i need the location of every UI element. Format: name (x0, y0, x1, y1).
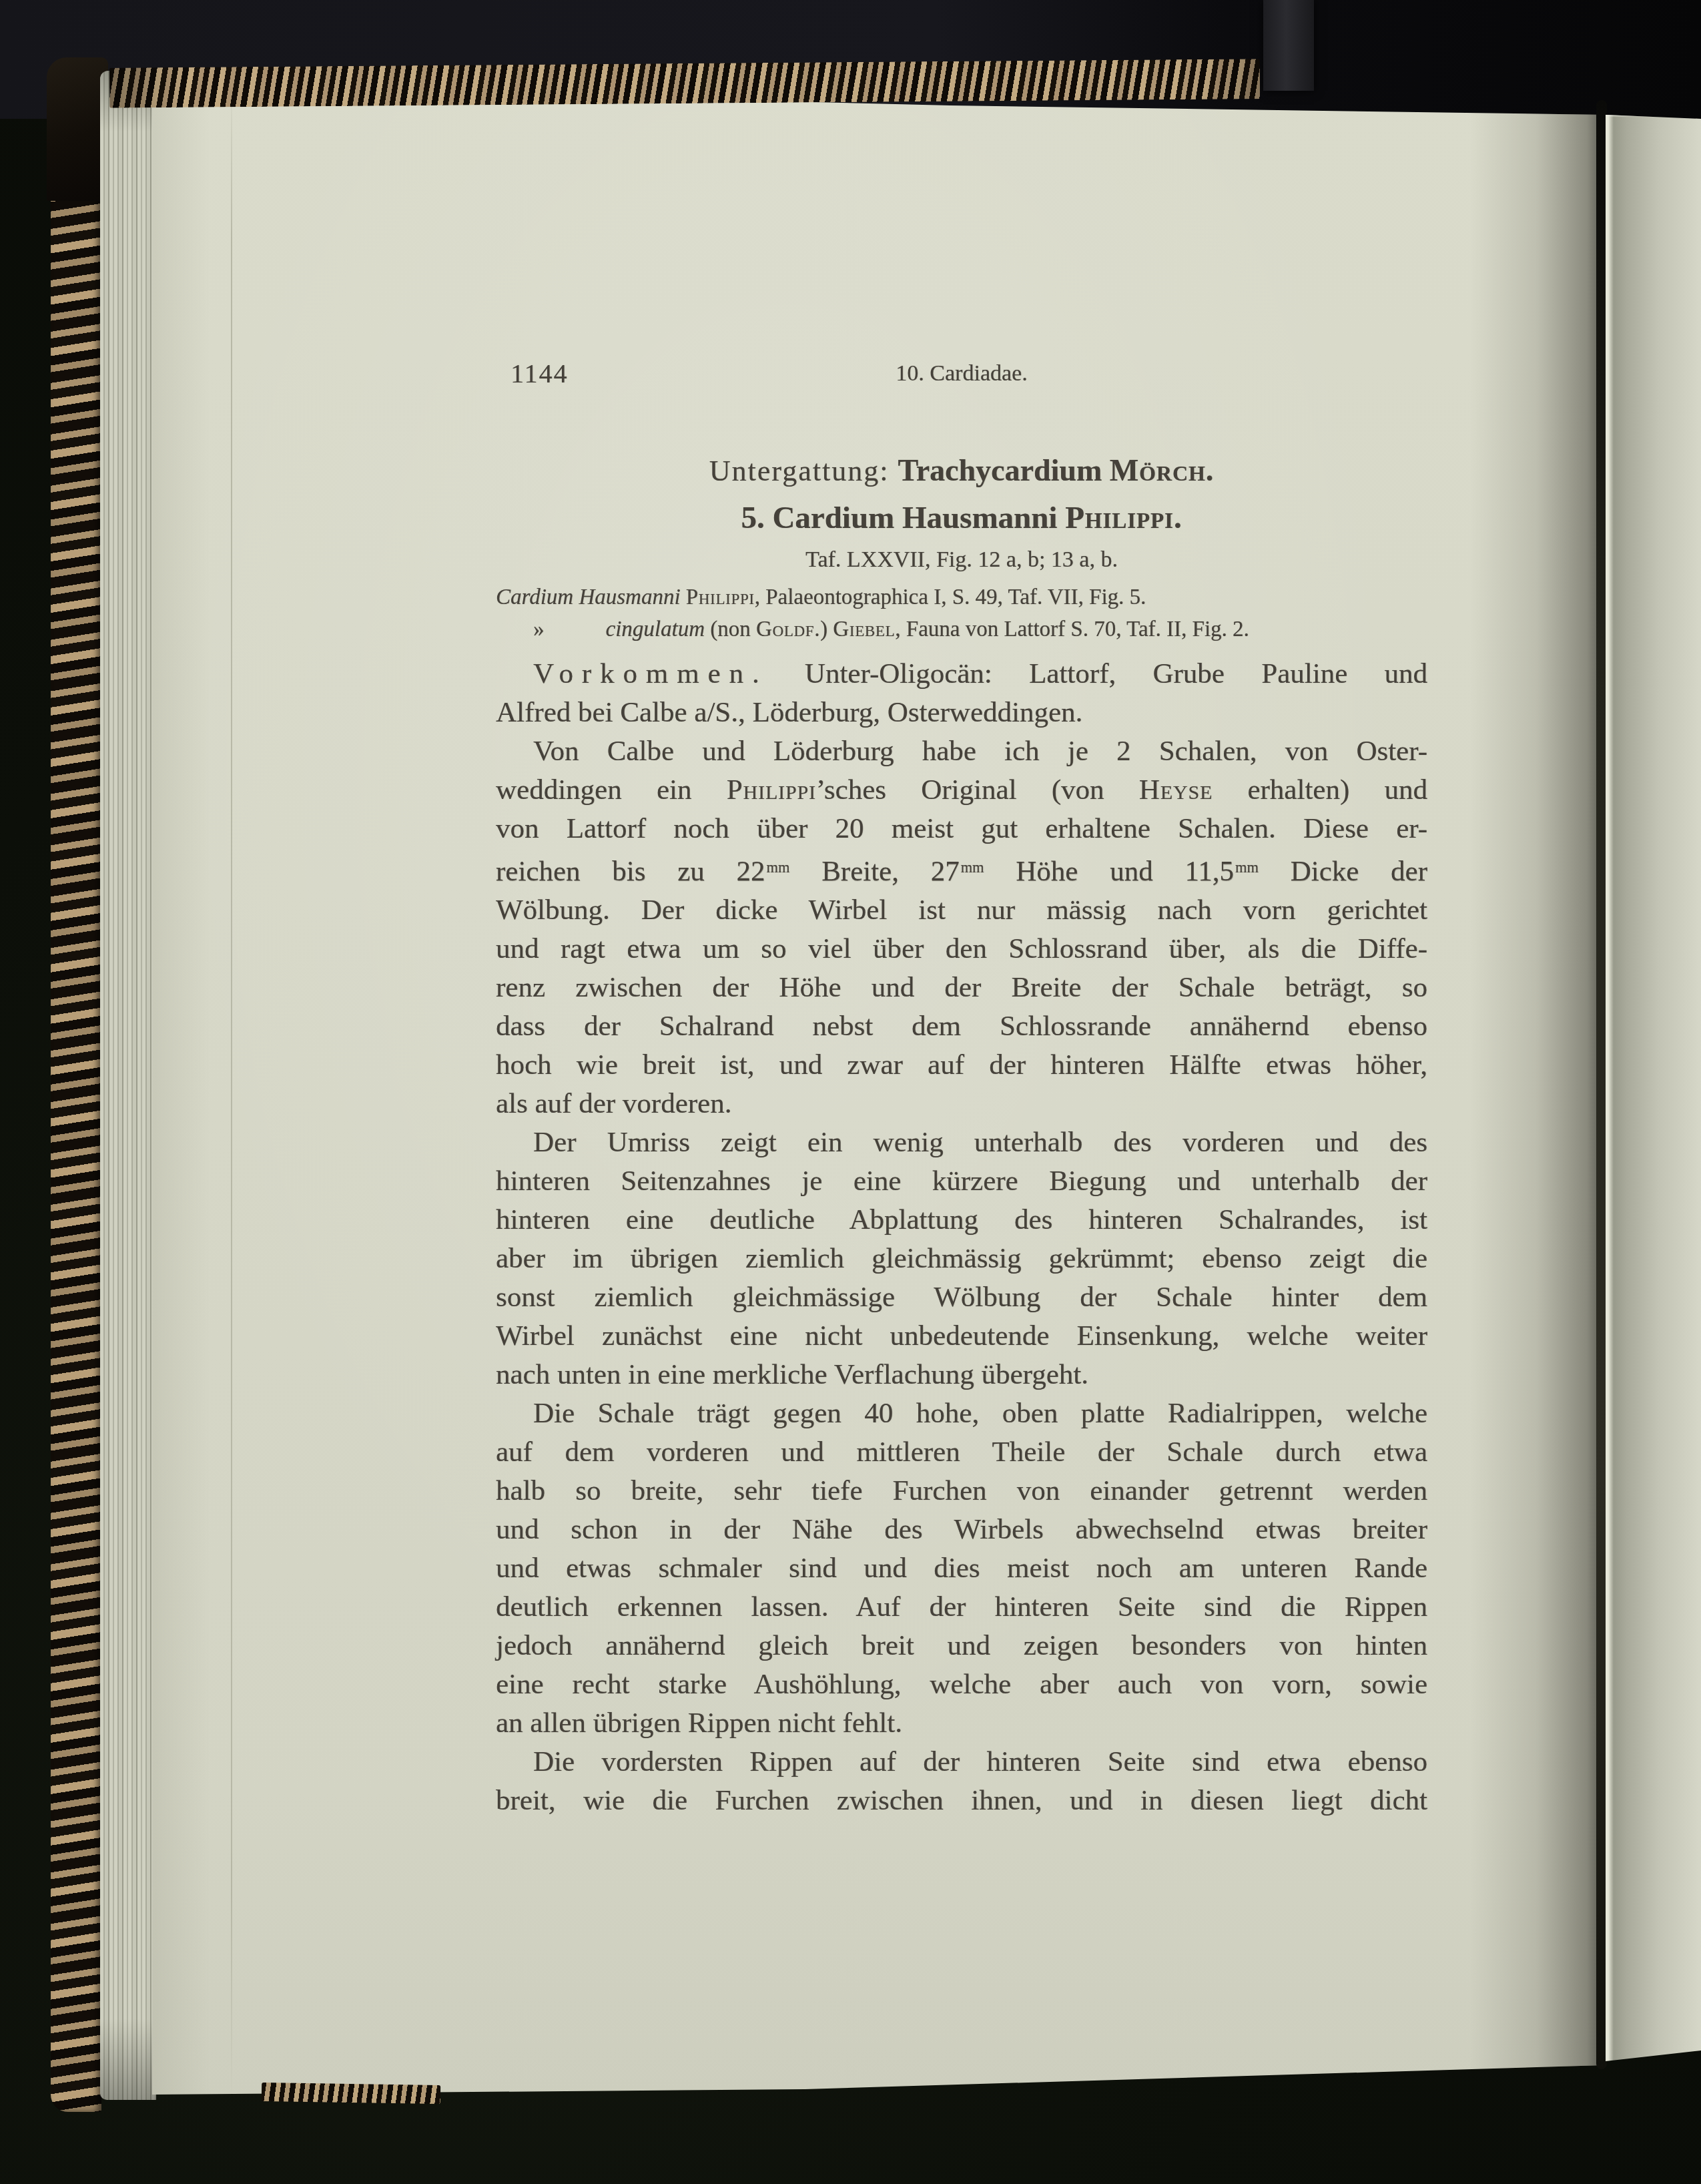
text-segment: halb so breite, sehr tiefe Furchen von e… (496, 1475, 1427, 1507)
facing-page-sliver (1606, 115, 1701, 2061)
text-line: Von Calbe und Löderburg habe ich je 2 Sc… (496, 732, 1427, 771)
text-segment: Vorkommen. (533, 658, 768, 690)
text-line: reichen bis zu 22mm Breite, 27mm Höhe un… (496, 848, 1427, 891)
text-segment: und schon in der Nähe des Wirbels abwech… (496, 1514, 1427, 1545)
text-line: hinteren eine deutliche Abplattung des h… (496, 1201, 1427, 1240)
text-segment: hinteren Seitenzahnes je eine kürzere Bi… (496, 1165, 1427, 1197)
plate-reference: Taf. LXXVII, Fig. 12 a, b; 13 a, b. (496, 545, 1427, 575)
citation: ) (820, 617, 833, 641)
page-header: 1144 10. Cardiadae. (496, 358, 1427, 390)
text-segment: und ragt etwa um so viel über den Schlos… (496, 933, 1427, 965)
running-head: 10. Cardiadae. (496, 358, 1427, 386)
body-text: Vorkommen. Unter-Oligocän: Lattorf, Grub… (496, 655, 1427, 1820)
text-segment: weddingen ein (496, 774, 727, 806)
species-author: Philippi. (1065, 501, 1182, 535)
text-line: Die Schale trägt gegen 40 hohe, oben pla… (496, 1394, 1427, 1433)
book-stand-arm (1263, 0, 1314, 91)
page-stack-edges (100, 71, 156, 2100)
subgenus-heading: Untergattung: Trachycardium Mörch. (496, 453, 1427, 488)
text-segment: Breite, 27 (789, 856, 959, 887)
mm-superscript: mm (767, 859, 790, 876)
text-segment: Höhe und 11,5 (984, 856, 1235, 887)
text-line: hinteren Seitenzahnes je eine kürzere Bi… (496, 1162, 1427, 1201)
text-line: Wirbel zunächst eine nicht unbedeutende … (496, 1317, 1427, 1356)
text-segment: deutlich erkennen lassen. Auf der hinter… (496, 1591, 1427, 1623)
species-heading: 5. Cardium Hausmanni Philippi. (496, 500, 1427, 536)
text-line: deutlich erkennen lassen. Auf der hinter… (496, 1588, 1427, 1627)
citation: , Palaeontographica I, S. 49, Taf. VII, … (755, 585, 1146, 609)
page-layer-edge (231, 79, 232, 2096)
gutter-shadow (1469, 79, 1603, 2096)
leather-corner (47, 57, 108, 201)
text-segment: Von Calbe und Löderburg habe ich je 2 Sc… (533, 736, 1427, 767)
text-segment: Dicke der (1259, 856, 1427, 887)
text-segment: Wirbel zunächst eine nicht unbedeutende … (496, 1320, 1427, 1352)
text-segment: renz zwischen der Höhe und der Breite de… (496, 972, 1427, 1003)
text-segment: breit, wie die Furchen zwischen ihnen, u… (496, 1785, 1427, 1816)
text-segment: und etwas schmaler sind und dies meist n… (496, 1553, 1427, 1584)
text-segment: an allen übrigen Rippen nicht fehlt. (496, 1707, 902, 1739)
text-segment: Alfred bei Calbe a/S., Löderburg, Osterw… (496, 697, 1082, 728)
text-line: hoch wie breit ist, und zwar auf der hin… (496, 1046, 1427, 1085)
text-segment: Unter-Oligocän: Lattorf, Grube Pauline u… (768, 658, 1427, 690)
text-line: Wölbung. Der dicke Wirbel ist nur mässig… (496, 891, 1427, 930)
text-line: nach unten in eine merkliche Verflachung… (496, 1356, 1427, 1394)
text-line: Der Umriss zeigt ein wenig unterhalb des… (496, 1123, 1427, 1162)
text-segment: eine recht starke Aushöhlung, welche abe… (496, 1669, 1427, 1700)
text-line: an allen übrigen Rippen nicht fehlt. (496, 1704, 1427, 1743)
text-segment: dass der Schalrand nebst dem Schlossrand… (496, 1011, 1427, 1042)
text-line: von Lattorf noch über 20 meist gut erhal… (496, 810, 1427, 848)
page-number: 1144 (511, 358, 569, 389)
species-title: 5. Cardium Hausmanni (741, 501, 1065, 535)
text-segment: Der Umriss zeigt ein wenig unterhalb des… (533, 1127, 1427, 1158)
author-name: Goldf. (756, 617, 820, 641)
text-segment: reichen bis zu 22 (496, 856, 765, 887)
mm-superscript: mm (1235, 859, 1259, 876)
text-line: als auf der vorderen. (496, 1085, 1427, 1123)
text-segment: jedoch annähernd gleich breit und zeigen… (496, 1630, 1427, 1661)
text-line: Alfred bei Calbe a/S., Löderburg, Osterw… (496, 694, 1427, 732)
text-segment: Die Schale trägt gegen 40 hohe, oben pla… (533, 1398, 1427, 1429)
synonymy-entry: Cardium Hausmanni Philippi, Palaeontogra… (496, 581, 1427, 613)
text-line: weddingen ein Philippi’sches Original (v… (496, 771, 1427, 810)
text-segment: hoch wie breit ist, und zwar auf der hin… (496, 1049, 1427, 1081)
text-segment: als auf der vorderen. (496, 1088, 731, 1119)
text-line: breit, wie die Furchen zwischen ihnen, u… (496, 1782, 1427, 1820)
text-line: Die vordersten Rippen auf der hinteren S… (496, 1743, 1427, 1782)
text-segment: erhalten) und (1213, 774, 1427, 806)
photographed-book-scene: 1144 10. Cardiadae. Untergattung: Trachy… (0, 0, 1701, 2184)
text-line: dass der Schalrand nebst dem Schlossrand… (496, 1007, 1427, 1046)
text-line: jedoch annähernd gleich breit und zeigen… (496, 1627, 1427, 1665)
author-small-caps: Heyse (1139, 774, 1213, 806)
gutter-gap (1596, 100, 1607, 2069)
paragraph: Die vordersten Rippen auf der hinteren S… (496, 1743, 1427, 1820)
text-block: 1144 10. Cardiadae. Untergattung: Trachy… (496, 358, 1427, 1820)
book-page: 1144 10. Cardiadae. Untergattung: Trachy… (152, 79, 1603, 2096)
text-segment: nach unten in eine merkliche Verflachung… (496, 1359, 1088, 1390)
text-line: aber im übrigen ziemlich gleichmässig ge… (496, 1240, 1427, 1278)
text-line: sonst ziemlich gleichmässige Wölbung der… (496, 1278, 1427, 1317)
author-small-caps: Philippi (727, 774, 816, 806)
subgenus-author: Mörch. (1110, 453, 1214, 487)
paragraph: Von Calbe und Löderburg habe ich je 2 Sc… (496, 732, 1427, 1123)
author-name: Philippi (686, 585, 755, 609)
text-segment: Wölbung. Der dicke Wirbel ist nur mässig… (496, 894, 1427, 926)
citation: (non (710, 617, 756, 641)
paragraph: Vorkommen. Unter-Oligocän: Lattorf, Grub… (496, 655, 1427, 732)
marbled-bottom-edge (262, 2083, 440, 2104)
text-line: und schon in der Nähe des Wirbels abwech… (496, 1511, 1427, 1549)
text-line: und ragt etwa um so viel über den Schlos… (496, 930, 1427, 969)
text-line: renz zwischen der Höhe und der Breite de… (496, 969, 1427, 1007)
mm-superscript: mm (961, 859, 984, 876)
synonymy-entry: »cingulatum (non Goldf.) Giebel, Fauna v… (496, 613, 1427, 645)
text-segment: ’sches Original (von (816, 774, 1139, 806)
text-segment: hinteren eine deutliche Abplattung des h… (496, 1204, 1427, 1236)
text-line: eine recht starke Aushöhlung, welche abe… (496, 1665, 1427, 1704)
text-line: und etwas schmaler sind und dies meist n… (496, 1549, 1427, 1588)
text-line: auf dem vorderen und mittleren Theile de… (496, 1433, 1427, 1472)
taxon-name: cingulatum (606, 617, 711, 641)
ditto-mark: » (533, 617, 545, 641)
paragraph: Die Schale trägt gegen 40 hohe, oben pla… (496, 1394, 1427, 1743)
taxon-name: Cardium Hausmanni (496, 585, 686, 609)
text-segment: aber im übrigen ziemlich gleichmässig ge… (496, 1243, 1427, 1274)
text-segment: sonst ziemlich gleichmässige Wölbung der… (496, 1282, 1427, 1313)
paragraph: Der Umriss zeigt ein wenig unterhalb des… (496, 1123, 1427, 1394)
citation: , Fauna von Lattorf S. 70, Taf. II, Fig.… (895, 617, 1249, 641)
author-name: Giebel (833, 617, 895, 641)
text-segment: Die vordersten Rippen auf der hinteren S… (533, 1746, 1427, 1778)
marbled-cover-edge (51, 64, 101, 2112)
subgenus-label: Untergattung: (709, 455, 898, 487)
text-segment: von Lattorf noch über 20 meist gut erhal… (496, 813, 1427, 844)
text-line: halb so breite, sehr tiefe Furchen von e… (496, 1472, 1427, 1511)
synonymy-list: Cardium Hausmanni Philippi, Palaeontogra… (496, 581, 1427, 645)
text-line: Vorkommen. Unter-Oligocän: Lattorf, Grub… (496, 655, 1427, 694)
subgenus-name: Trachycardium (898, 453, 1109, 487)
text-segment: auf dem vorderen und mittleren Theile de… (496, 1436, 1427, 1468)
